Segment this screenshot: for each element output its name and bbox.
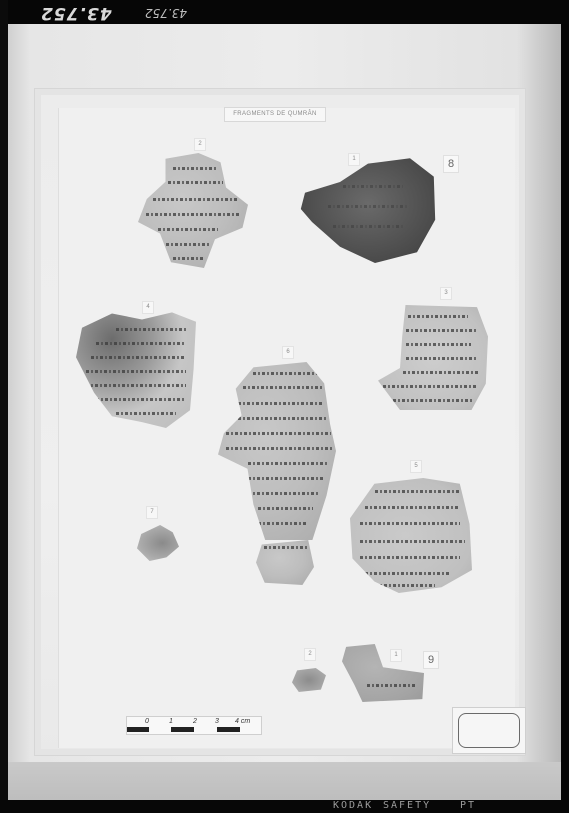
fragment-tag: 1 [390,649,402,662]
scroll-fragment-6-lower [256,540,314,585]
fragment-tag: 1 [348,153,360,166]
scale-segment [217,727,240,732]
fragment-tag: 3 [440,287,452,300]
film-border-left [0,0,8,813]
film-border-bottom [0,800,569,813]
film-edge-print: SAFETY [383,800,431,811]
negative-number: 43.752 [40,3,112,23]
museum-label-card [452,707,526,754]
plate-bottom-edge [8,762,561,802]
negative-number-secondary: 43.752 [145,6,187,20]
label-border [458,713,520,748]
scale-tick: 3 [215,718,219,725]
film-edge-print: KODAK [333,800,373,811]
plate-number-8: 8 [443,155,459,173]
fragment-tag: 5 [410,460,422,473]
fragment-tag: 2 [304,648,316,661]
fragment-tag: 6 [282,346,294,359]
scale-tick: 2 [193,718,197,725]
fragment-tag: 4 [142,301,154,314]
plate-number-9: 9 [423,651,439,669]
scale-tick: 0 [145,718,149,725]
scale-bar: 0 1 2 3 4 cm [126,716,262,735]
fragment-tag: 2 [194,138,206,151]
plate-title-label: FRAGMENTS DE QUMRÂN [224,107,326,122]
scale-segment [171,727,194,732]
scale-segment [127,727,149,732]
fragment-tag: 7 [146,506,158,519]
film-edge-print: PT [460,800,476,811]
scale-tick: 4 cm [235,718,250,725]
scale-tick: 1 [169,718,173,725]
